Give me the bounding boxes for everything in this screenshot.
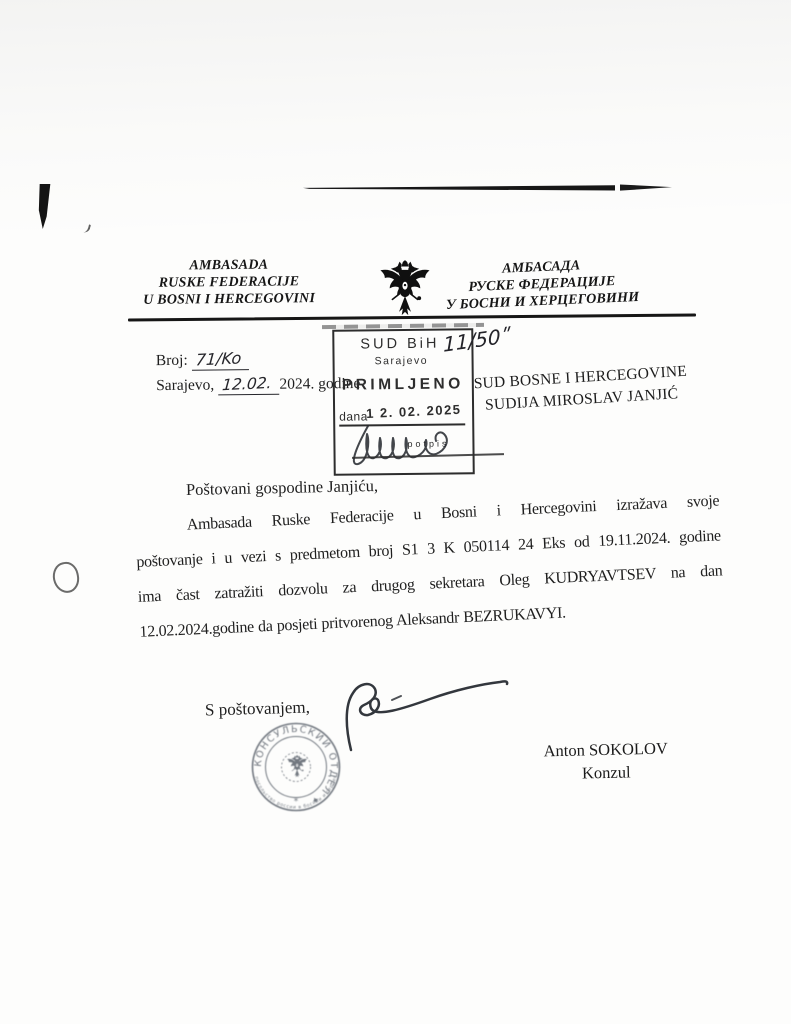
stamp-court-name: SUD BiH xyxy=(360,336,439,353)
salutation: Poštovani gospodine Janjiću, xyxy=(186,476,378,500)
seal-eagle-icon xyxy=(287,755,307,777)
hole-punch-mark xyxy=(50,560,82,596)
scan-artifact-speck xyxy=(83,223,91,233)
reference-number-handwritten: 71/Ko xyxy=(192,349,250,371)
stamp-received-label: PRIMLJENO xyxy=(342,375,464,394)
embassy-name-latin-line1: AMBASADA xyxy=(128,256,330,275)
embassy-name-latin-line3: U BOSNI I HERCEGOVINI xyxy=(128,290,330,309)
embassy-name-latin-line2: RUSKE FEDERACIJE xyxy=(128,273,330,292)
reference-block: Broj: 71/Ko Sarajevo, 12.02.2024. godine xyxy=(156,345,361,398)
signer-name: Anton SOKOLOV xyxy=(520,736,692,763)
received-stamp-signature xyxy=(345,418,510,476)
scan-artifact-streak-tail xyxy=(620,183,672,191)
reference-number-line: Broj: 71/Ko xyxy=(156,345,360,373)
reference-number-label: Broj: xyxy=(156,352,188,369)
embassy-name-cyrillic: АМБАСАДА РУСКЕ ФЕДЕРАЦИЈЕ У БОСНИ И ХЕРЦ… xyxy=(440,255,644,314)
stamp-city: Sarajevo xyxy=(375,355,429,368)
scan-artifact-streak xyxy=(303,185,615,191)
scan-artifact-wedge xyxy=(38,184,52,229)
double-headed-eagle-emblem-icon xyxy=(377,260,433,320)
letter-body: Ambasada Ruske Federacije u Bosni i Herc… xyxy=(134,483,725,649)
consul-handwritten-signature xyxy=(330,668,522,768)
reference-date-handwritten: 12.02. xyxy=(218,375,280,396)
reference-place: Sarajevo, xyxy=(156,376,214,394)
signer-title: Konzul xyxy=(520,759,692,786)
signer-block: Anton SOKOLOV Konzul xyxy=(520,736,693,786)
reference-date-line: Sarajevo, 12.02.2024. godine xyxy=(156,371,360,398)
embassy-name-latin: AMBASADA RUSKE FEDERACIJE U BOSNI I HERC… xyxy=(128,256,331,309)
recipient-block: SUD BOSNE I HERCEGOVINE SUDIJA MIROSLAV … xyxy=(463,360,699,417)
seal-star-mark: * xyxy=(294,797,299,807)
scanned-letter-page: AMBASADA RUSKE FEDERACIJE U BOSNI I HERC… xyxy=(0,0,791,1024)
